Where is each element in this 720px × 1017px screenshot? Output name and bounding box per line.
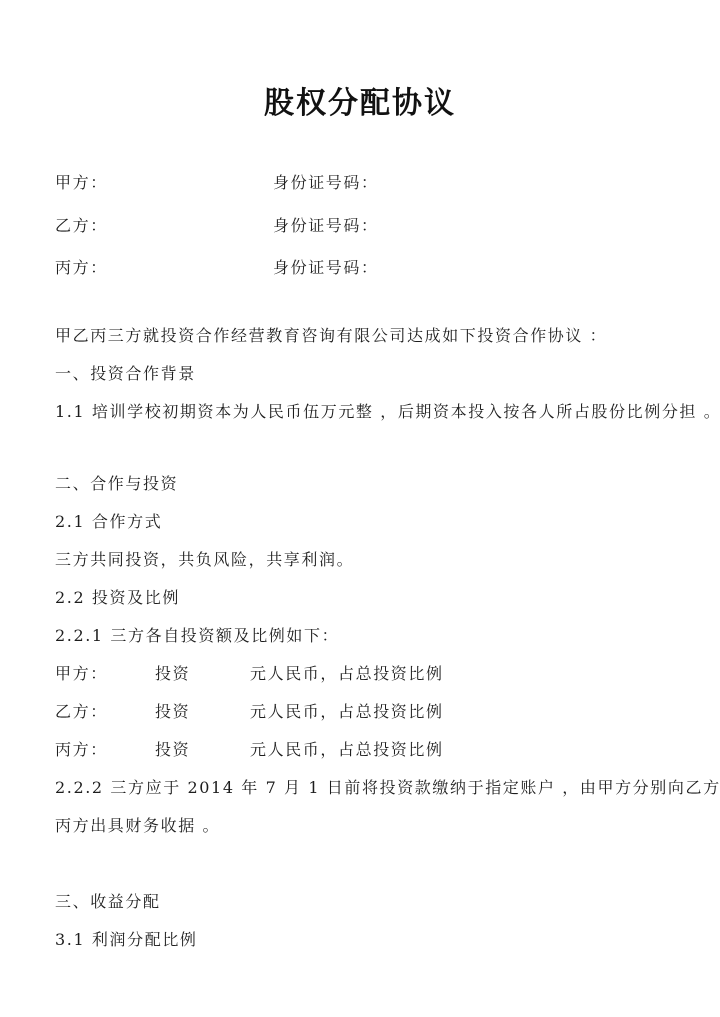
intro-paragraph: 甲乙丙三方就投资合作经营教育咨询有限公司达成如下投资合作协议 ： bbox=[55, 325, 692, 347]
investment-row-yi: 乙方： 投资 元人民币，占总投资比例 bbox=[55, 701, 692, 723]
party-row-yi: 乙方： 身份证号码： bbox=[55, 215, 692, 237]
investment-amount-label: 元人民币，占总投资比例 bbox=[250, 663, 444, 685]
clause-3-1: 3.1 利润分配比例 bbox=[55, 929, 692, 951]
investment-party-label: 甲方： bbox=[55, 664, 108, 683]
investment-label: 投资 bbox=[155, 701, 190, 723]
investment-amount-label: 元人民币，占总投资比例 bbox=[250, 739, 444, 761]
section1-heading: 一、投资合作背景 bbox=[55, 363, 692, 385]
party-label: 甲方： bbox=[55, 173, 108, 192]
investment-row-jia: 甲方： 投资 元人民币，占总投资比例 bbox=[55, 663, 692, 685]
investment-label: 投资 bbox=[155, 663, 190, 685]
document-title: 股权分配协议 bbox=[0, 78, 720, 122]
clause-2-2-2-line2: 丙方出具财务收据 。 bbox=[55, 815, 692, 837]
clause-2-1-body: 三方共同投资，共负风险，共享利润。 bbox=[55, 549, 692, 571]
document-page: 股权分配协议 甲方： 身份证号码： 乙方： 身份证号码： 丙方： 身份证号码： … bbox=[0, 0, 720, 1017]
section2-heading: 二、合作与投资 bbox=[55, 473, 692, 495]
clause-2-2-2-line1: 2.2.2 三方应于 2014 年 7 月 1 日前将投资款缴纳于指定账户 ，由… bbox=[55, 777, 692, 799]
investment-party-label: 丙方： bbox=[55, 740, 108, 759]
party-row-jia: 甲方： 身份证号码： bbox=[55, 172, 692, 194]
clause-1-1: 1.1 培训学校初期资本为人民币伍万元整 ，后期资本投入按各人所占股份比例分担 … bbox=[55, 401, 692, 423]
id-number-label: 身份证号码： bbox=[273, 215, 379, 237]
clause-2-2-heading: 2.2 投资及比例 bbox=[55, 587, 692, 609]
section3-heading: 三、收益分配 bbox=[55, 891, 692, 913]
investment-amount-label: 元人民币，占总投资比例 bbox=[250, 701, 444, 723]
id-number-label: 身份证号码： bbox=[273, 257, 379, 279]
party-row-bing: 丙方： 身份证号码： bbox=[55, 257, 692, 279]
clause-2-1-heading: 2.1 合作方式 bbox=[55, 511, 692, 533]
investment-party-label: 乙方： bbox=[55, 702, 108, 721]
clause-2-2-1: 2.2.1 三方各自投资额及比例如下： bbox=[55, 625, 692, 647]
party-label: 乙方： bbox=[55, 216, 108, 235]
party-label: 丙方： bbox=[55, 258, 108, 277]
investment-label: 投资 bbox=[155, 739, 190, 761]
investment-row-bing: 丙方： 投资 元人民币，占总投资比例 bbox=[55, 739, 692, 761]
id-number-label: 身份证号码： bbox=[273, 172, 379, 194]
